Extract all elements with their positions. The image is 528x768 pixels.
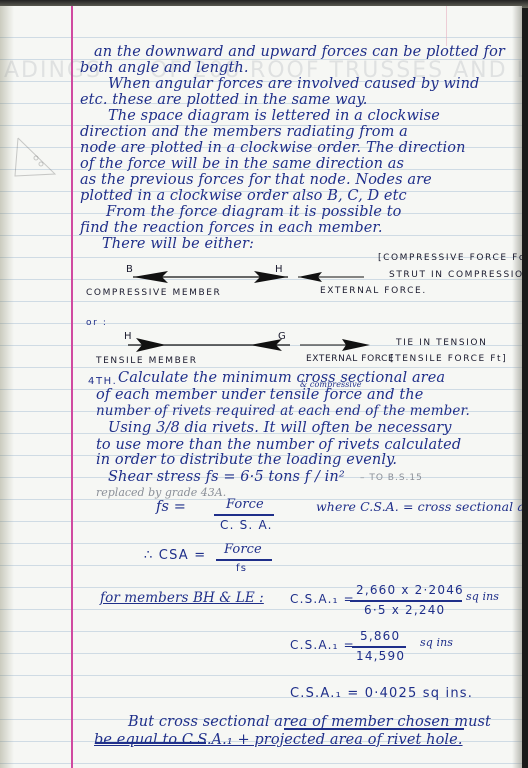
fraction-bar: [216, 559, 272, 561]
eq1-lhs: C.S.A.₁ =: [290, 592, 355, 606]
formula2-denominator: fs: [236, 563, 247, 574]
text-line: of each member under tensile force and t…: [96, 387, 423, 403]
text-line: Using 3/8 dia rivets. It will often be n…: [108, 420, 452, 436]
external-force-label: EXTERNAL FORCE.: [320, 286, 427, 296]
eq1-numerator: 2,660 x 2·2046: [356, 583, 464, 597]
fraction-bar: [350, 600, 462, 602]
node-label-b: B: [126, 264, 134, 275]
pencil-standard-note: – TO B.S.15: [360, 473, 423, 483]
tensile-force-bracket: [TENSILE FORCE Ft]: [390, 354, 507, 364]
formula2-numerator: Force: [224, 542, 262, 557]
eq2-lhs: C.S.A.₁ =: [290, 638, 355, 652]
eq2-denominator: 14,590: [356, 649, 405, 663]
strike-stroke: [96, 742, 206, 744]
eq2-numerator: 5,860: [360, 629, 400, 643]
compressive-member-label: COMPRESSIVE MEMBER: [86, 288, 221, 298]
formula1-lhs: fs =: [156, 499, 186, 515]
text-line: to use more than the number of rivets ca…: [96, 437, 461, 453]
eq3-result: C.S.A.₁ = 0·4025 sq ins.: [290, 686, 473, 701]
fraction-bar: [214, 514, 274, 516]
text-line: There will be either:: [102, 236, 254, 252]
eq1-unit: sq ins: [466, 590, 499, 603]
text-line: in order to distribute the loading evenl…: [96, 452, 397, 468]
node-label-h: H: [275, 264, 284, 275]
shear-stress-line: Shear stress fs = 6·5 tons f / in²: [108, 469, 345, 485]
text-line: number of rivets required at each end of…: [96, 403, 470, 419]
formula1-denominator: C. S. A.: [220, 518, 273, 532]
tie-label: TIE IN TENSION: [396, 338, 487, 348]
strut-label: STRUT IN COMPRESSION: [389, 270, 522, 280]
pencil-grade-note: replaced by grade 43A.: [96, 486, 226, 499]
notebook-page: ADINGS OF 208 ROOF TRUSSES AND LOADINGS …: [0, 6, 522, 768]
step-number: 4TH.: [88, 376, 117, 387]
fraction-bar: [352, 646, 406, 648]
external-force-label-2: EXTERNAL FORCE: [306, 354, 394, 364]
text-line: Calculate the minimum cross sectional ar…: [118, 370, 445, 386]
node-label-g: G: [278, 331, 287, 342]
underline-stroke: [284, 728, 464, 730]
eq2-unit: sq ins: [420, 636, 453, 649]
node-label-h2: H: [124, 331, 133, 342]
formula1-numerator: Force: [226, 497, 264, 512]
or-label: or :: [86, 318, 108, 328]
eq1-denominator: 6·5 x 2,240: [364, 603, 445, 617]
formula2-lhs: ∴ CSA =: [144, 548, 206, 563]
insertion-note: & compressive: [300, 380, 362, 389]
final-text-line: be equal to C.S.A.₁ + projected area of …: [94, 732, 463, 748]
calc-heading: for members BH & LE :: [100, 590, 264, 606]
compressive-force-bracket: [COMPRESSIVE FORCE Fc]: [378, 253, 522, 263]
formula1-note: where C.S.A. = cross sectional area: [316, 499, 522, 514]
tensile-member-label: TENSILE MEMBER: [96, 356, 198, 366]
